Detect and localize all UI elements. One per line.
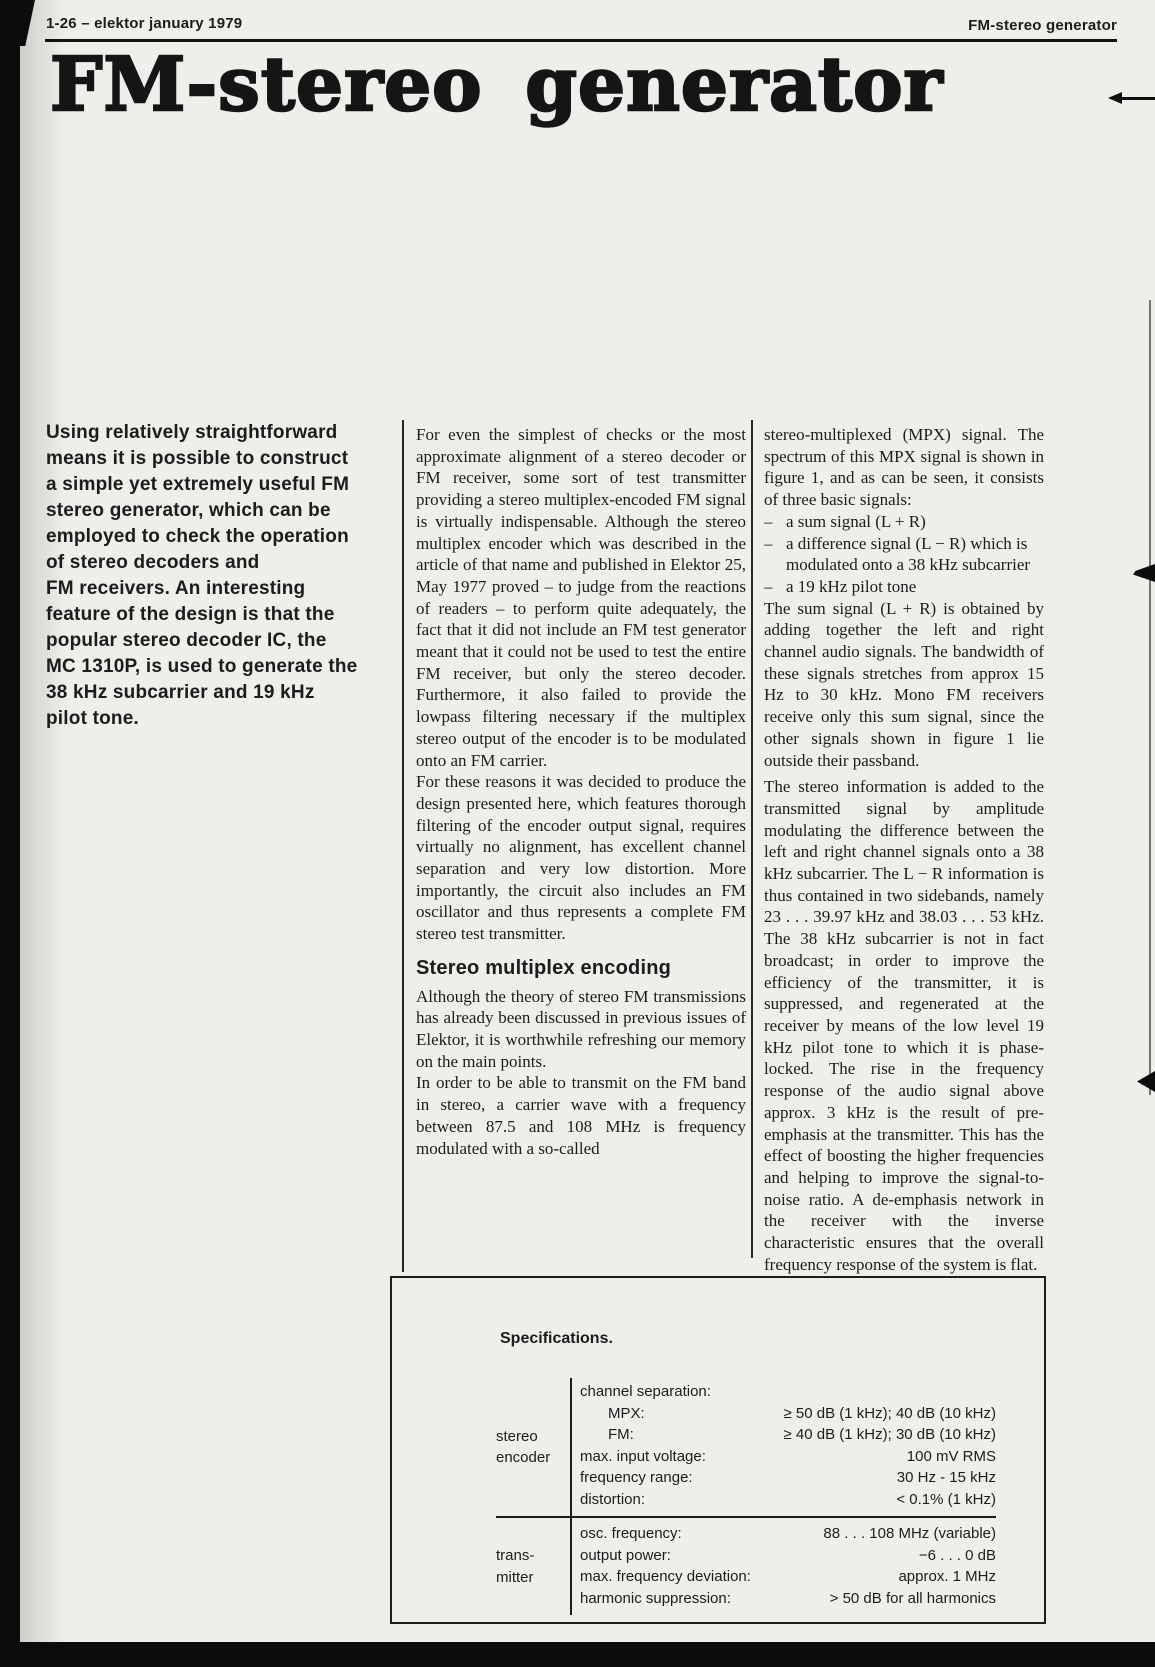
spec-group-line: encoder [496, 1447, 570, 1469]
spec-section-encoder: stereo encoder channel separation: MPX: … [496, 1378, 996, 1516]
spec-label: FM: [580, 1424, 634, 1446]
article-title: FM-stereo generator [50, 48, 943, 122]
spec-label: output power: [580, 1545, 671, 1567]
column-divider [402, 420, 404, 1272]
table-row: frequency range: 30 Hz - 15 kHz [580, 1467, 996, 1489]
spec-label: osc. frequency: [580, 1523, 682, 1545]
bullet-dash: – [764, 533, 786, 576]
running-head-right: FM-stereo generator [968, 17, 1117, 34]
table-row: max. input voltage: 100 mV RMS [580, 1446, 996, 1468]
table-row: channel separation: [580, 1381, 996, 1403]
specifications-table: stereo encoder channel separation: MPX: … [496, 1378, 996, 1615]
list-item: – a 19 kHz pilot tone [764, 576, 1044, 598]
spec-label: max. frequency deviation: [580, 1566, 751, 1588]
spec-group-label: stereo encoder [496, 1378, 570, 1516]
margin-wedge-icon [1133, 564, 1155, 582]
section-heading: Stereo multiplex encoding [416, 958, 746, 980]
spec-rows: osc. frequency: 88 . . . 108 MHz (variab… [570, 1518, 996, 1615]
spec-label: MPX: [580, 1403, 645, 1425]
margin-wedge-icon [1137, 1071, 1155, 1092]
spec-value [986, 1381, 996, 1403]
page-left-shadow [20, 0, 66, 1667]
spec-group-label: trans- mitter [496, 1518, 570, 1615]
table-row: MPX: ≥ 50 dB (1 kHz); 40 dB (10 kHz) [580, 1403, 996, 1425]
spec-value: < 0.1% (1 kHz) [886, 1489, 996, 1511]
bullet-dash: – [764, 511, 786, 533]
specifications-box: Specifications. stereo encoder channel s… [390, 1276, 1046, 1624]
spec-label: frequency range: [580, 1467, 693, 1489]
body-column-middle: For even the simplest of checks or the m… [416, 424, 746, 1159]
magazine-page: 1-26 – elektor january 1979 FM-stereo ge… [0, 0, 1155, 1667]
bullet-dash: – [764, 576, 786, 598]
spec-value: 30 Hz - 15 kHz [887, 1467, 996, 1489]
spec-label: distortion: [580, 1489, 645, 1511]
table-row: output power: −6 . . . 0 dB [580, 1545, 996, 1567]
body-paragraph: For even the simplest of checks or the m… [416, 424, 746, 771]
spec-value: 100 mV RMS [897, 1446, 996, 1468]
spec-section-transmitter: trans- mitter osc. frequency: 88 . . . 1… [496, 1516, 996, 1615]
running-head-left: 1-26 – elektor january 1979 [46, 15, 242, 32]
table-row: harmonic suppression: > 50 dB for all ha… [580, 1588, 996, 1610]
margin-arrow-head-icon [1108, 92, 1122, 104]
body-column-right: stereo-multiplexed (MPX) signal. The spe… [764, 424, 1044, 1275]
body-paragraph: Although the theory of stereo FM transmi… [416, 986, 746, 1073]
spec-value: ≥ 40 dB (1 kHz); 30 dB (10 kHz) [774, 1424, 996, 1446]
lead-paragraph: Using relatively straightforward means i… [46, 420, 406, 732]
list-item: – a sum signal (L + R) [764, 511, 1044, 533]
body-paragraph: For these reasons it was decided to prod… [416, 771, 746, 945]
bullet-text: a difference signal (L − R) which is mod… [786, 533, 1044, 576]
spec-value: −6 . . . 0 dB [909, 1545, 996, 1567]
spec-value: > 50 dB for all harmonics [820, 1588, 996, 1610]
spec-label: harmonic suppression: [580, 1588, 731, 1610]
spec-value: ≥ 50 dB (1 kHz); 40 dB (10 kHz) [774, 1403, 996, 1425]
scan-edge-hairline [1149, 300, 1151, 1095]
scan-edge-bottom [0, 1642, 1155, 1667]
table-row: distortion: < 0.1% (1 kHz) [580, 1489, 996, 1511]
column-divider [751, 420, 753, 1258]
spec-group-line: stereo [496, 1426, 570, 1448]
spec-label: channel separation: [580, 1381, 711, 1403]
bullet-text: a 19 kHz pilot tone [786, 576, 1044, 598]
body-paragraph: The stereo information is added to the t… [764, 776, 1044, 1275]
spec-group-line: mitter [496, 1567, 570, 1589]
spec-label: max. input voltage: [580, 1446, 706, 1468]
bullet-text: a sum signal (L + R) [786, 511, 1044, 533]
spec-rows: channel separation: MPX: ≥ 50 dB (1 kHz)… [570, 1378, 996, 1516]
list-item: – a difference signal (L − R) which is m… [764, 533, 1044, 576]
table-row: max. frequency deviation: approx. 1 MHz [580, 1566, 996, 1588]
table-row: FM: ≥ 40 dB (1 kHz); 30 dB (10 kHz) [580, 1424, 996, 1446]
margin-arrow-line [1120, 97, 1155, 100]
body-paragraph: The sum signal (L + R) is obtained by ad… [764, 598, 1044, 772]
scan-edge-left [0, 0, 20, 1667]
table-row: osc. frequency: 88 . . . 108 MHz (variab… [580, 1523, 996, 1545]
spec-value: approx. 1 MHz [888, 1566, 996, 1588]
specifications-title: Specifications. [500, 1330, 613, 1348]
body-paragraph: In order to be able to transmit on the F… [416, 1072, 746, 1159]
spec-group-line: trans- [496, 1545, 570, 1567]
body-paragraph: stereo-multiplexed (MPX) signal. The spe… [764, 424, 1044, 511]
spec-value: 88 . . . 108 MHz (variable) [813, 1523, 996, 1545]
